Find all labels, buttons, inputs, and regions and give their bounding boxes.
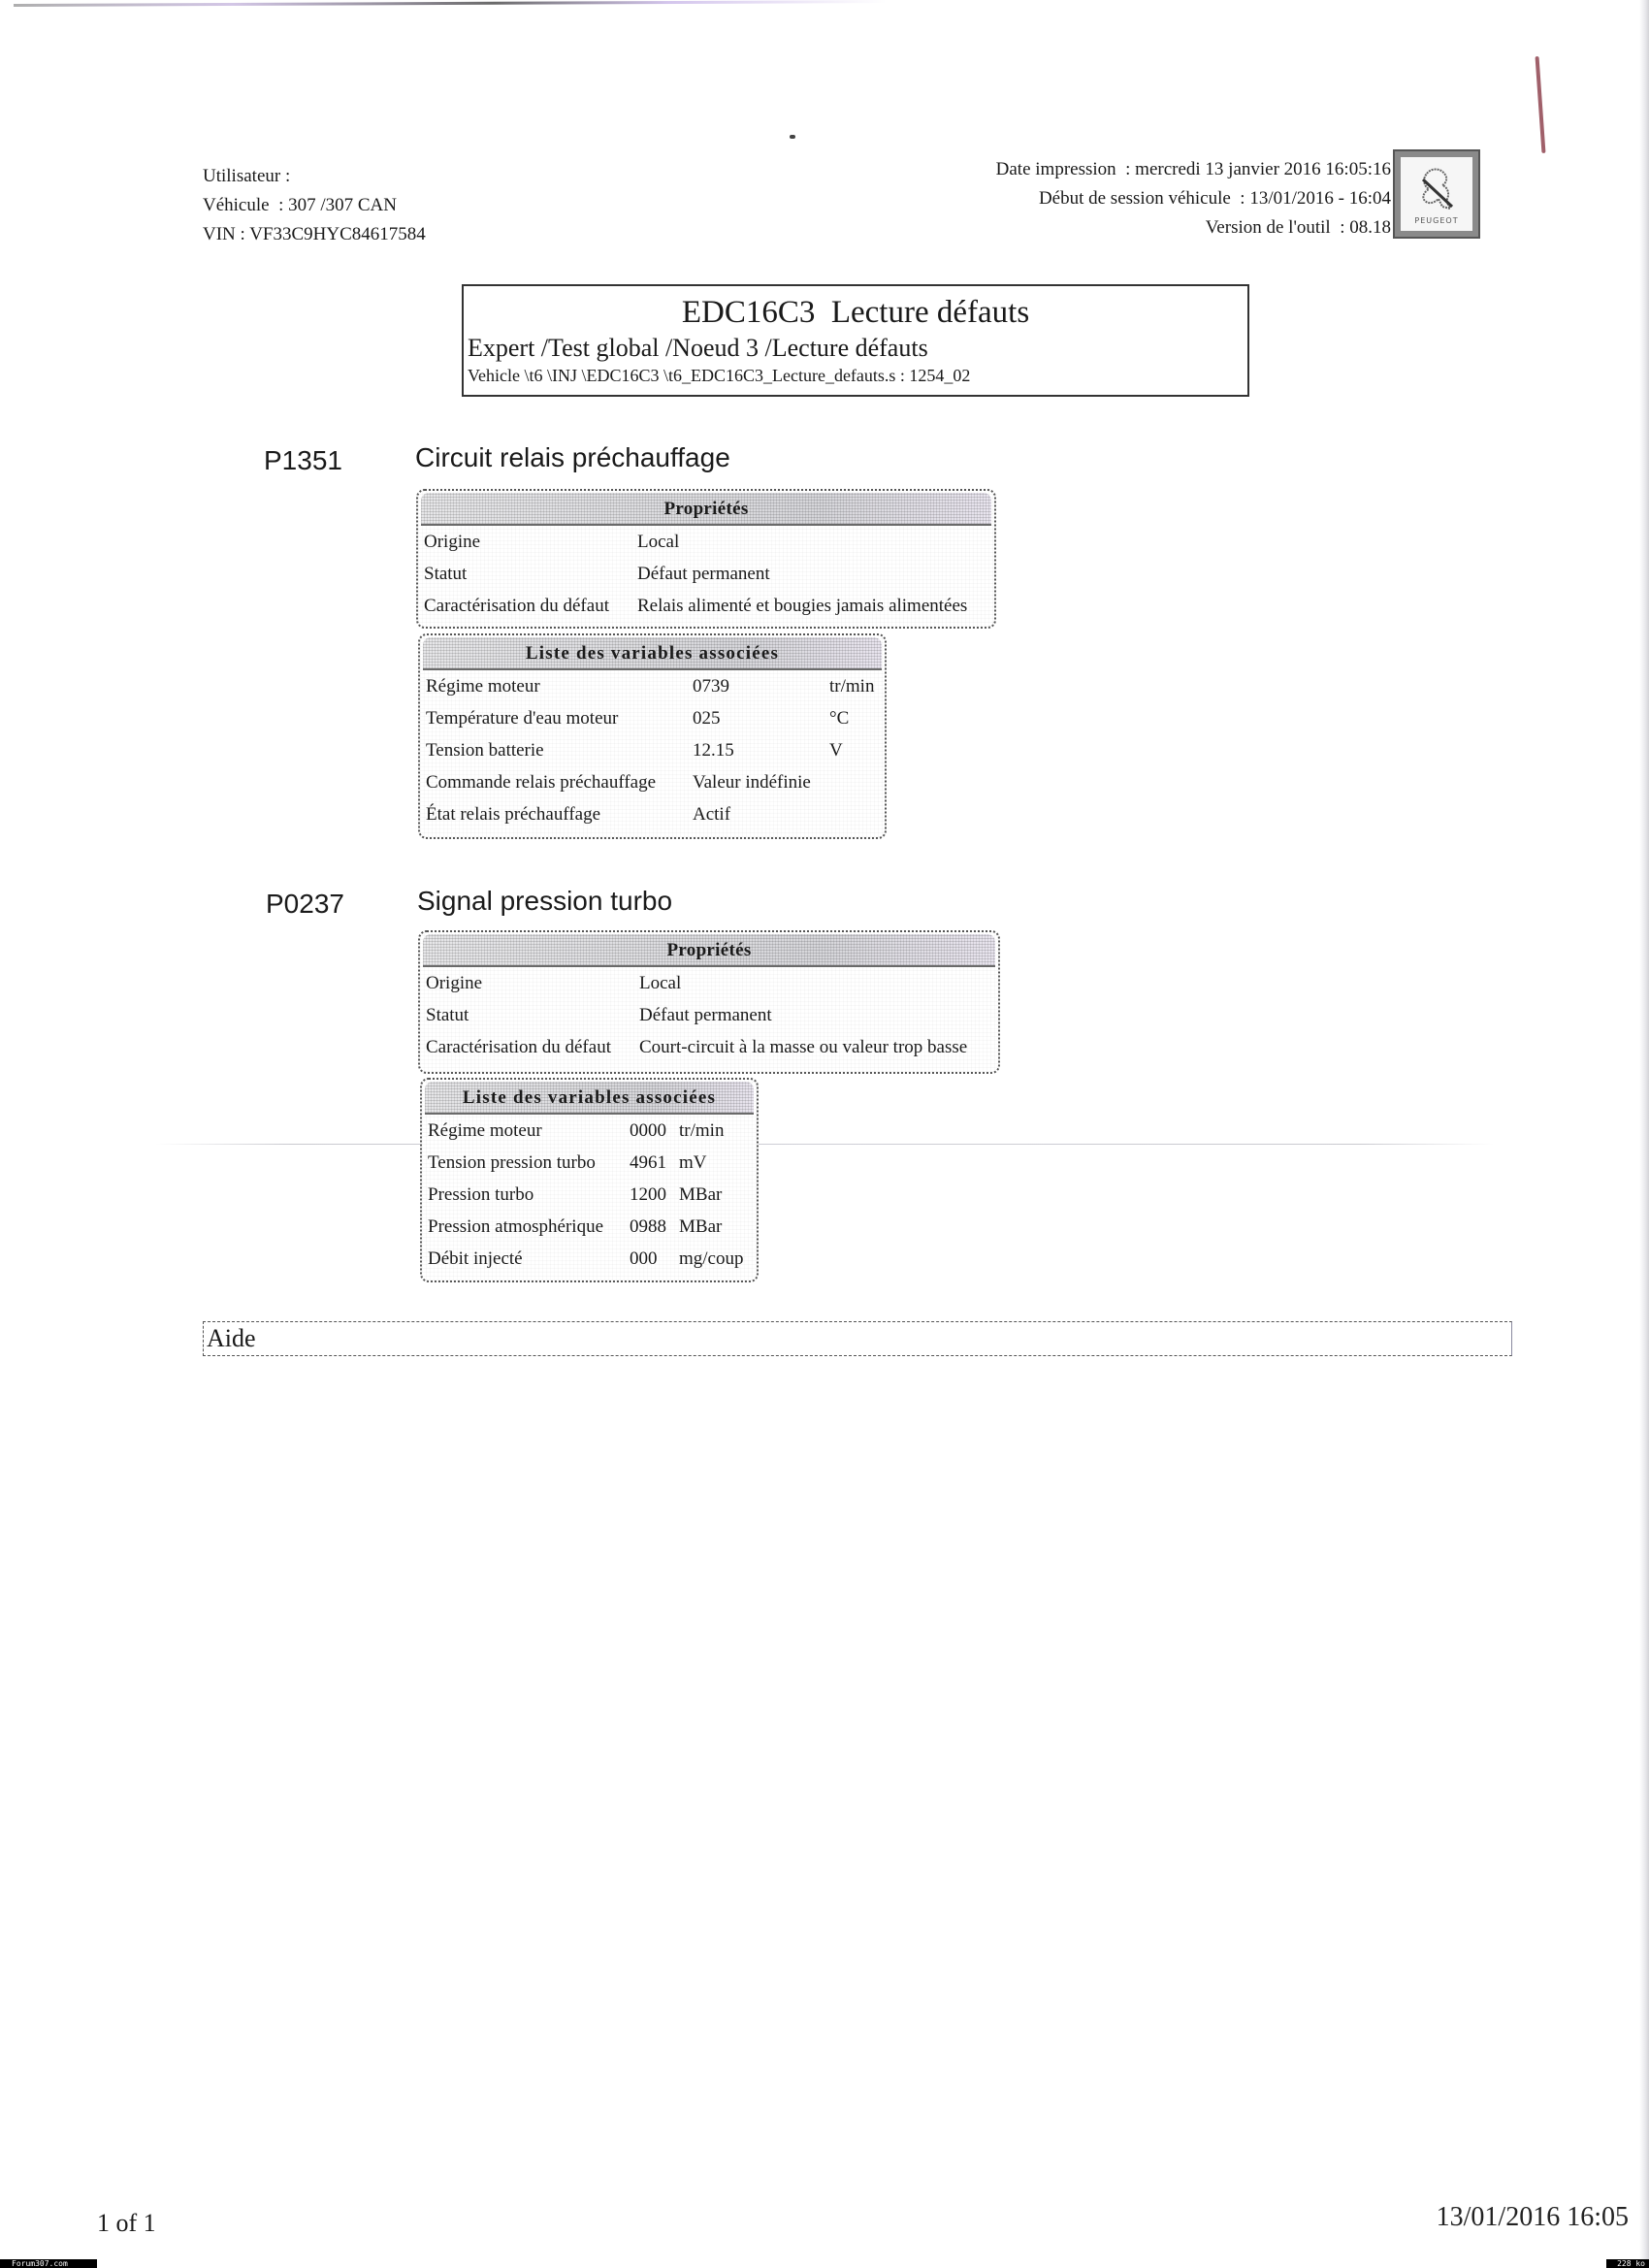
variable-value: 025 [693, 702, 721, 734]
variable-label: Pression atmosphérique [428, 1211, 603, 1243]
variable-row: Tension pression turbo 4961 mV [422, 1147, 757, 1179]
property-value: Local [637, 526, 679, 558]
property-label: Origine [424, 526, 480, 558]
variable-label: Débit injecté [428, 1243, 523, 1275]
property-value: Défaut permanent [639, 999, 772, 1031]
footer-date: 13/01/2016 16:05 [1437, 2202, 1629, 2233]
scan-artifact-top [14, 0, 887, 7]
property-row: Origine Local [418, 526, 994, 558]
pen-mark [1536, 56, 1546, 153]
variables-panel: Liste des variables associées Régime mot… [420, 1078, 759, 1282]
page-title: EDC16C3 Lecture défauts [468, 292, 1244, 333]
property-row: Origine Local [420, 967, 998, 999]
title-box: EDC16C3 Lecture défauts Expert /Test glo… [462, 284, 1249, 397]
variable-value: 12.15 [693, 734, 734, 766]
help-label: Aide [207, 1324, 256, 1352]
property-value: Local [639, 967, 681, 999]
breadcrumb: Expert /Test global /Noeud 3 /Lecture dé… [468, 333, 1244, 364]
watermark-filesize: 228 ko [1606, 2259, 1649, 2268]
page-number: 1 of 1 [97, 2209, 156, 2238]
header-session-info: Date impression : mercredi 13 janvier 20… [996, 155, 1391, 243]
variable-row: Régime moteur 0739 tr/min [420, 670, 885, 702]
vehicle-line: Véhicule : 307 /307 CAN [203, 191, 426, 220]
properties-panel: Propriétés Origine Local Statut Défaut p… [418, 930, 1000, 1074]
variables-panel: Liste des variables associées Régime mot… [418, 633, 887, 839]
fault-code: P0237 [266, 889, 344, 920]
variable-label: Tension pression turbo [428, 1147, 596, 1179]
session-start: Début de session véhicule : 13/01/2016 -… [996, 184, 1391, 213]
watermark-source: Forum307.com [0, 2259, 97, 2268]
property-label: Origine [426, 967, 482, 999]
variable-label: Pression turbo [428, 1179, 533, 1211]
logo-brand-text: PEUGEOT [1414, 216, 1458, 225]
fault-title: Circuit relais préchauffage [415, 442, 730, 473]
property-label: Statut [426, 999, 469, 1031]
variable-unit: MBar [679, 1179, 722, 1211]
variable-value: 4961 [630, 1147, 666, 1179]
variable-label: Régime moteur [428, 1115, 542, 1147]
variable-value: 0739 [693, 670, 729, 702]
property-label: Caractérisation du défaut [424, 590, 609, 622]
variable-value: 0000 [630, 1115, 666, 1147]
variable-label: Tension batterie [426, 734, 544, 766]
variable-row: Régime moteur 0000 tr/min [422, 1115, 757, 1147]
variable-unit: tr/min [829, 670, 874, 702]
variable-unit: mV [679, 1147, 707, 1179]
variable-value: 1200 [630, 1179, 666, 1211]
variable-row: Débit injecté 000 mg/coup [422, 1243, 757, 1275]
property-value: Défaut permanent [637, 558, 770, 590]
vin-line: VIN : VF33C9HYC84617584 [203, 220, 426, 249]
variable-unit: tr/min [679, 1115, 724, 1147]
paper-fold-line [155, 1144, 1494, 1145]
header-vehicle-info: Utilisateur : Véhicule : 307 /307 CAN VI… [203, 162, 426, 249]
script-path: Vehicle \t6 \INJ \EDC16C3 \t6_EDC16C3_Le… [468, 364, 1244, 387]
properties-panel: Propriétés Origine Local Statut Défaut p… [416, 489, 996, 629]
variable-label: Régime moteur [426, 670, 540, 702]
variable-row: Tension batterie 12.15 V [420, 734, 885, 766]
fault-title: Signal pression turbo [417, 886, 672, 917]
variable-row: État relais préchauffage Actif [420, 798, 885, 830]
properties-header: Propriétés [423, 934, 995, 967]
properties-header: Propriétés [421, 493, 991, 526]
property-row: Statut Défaut permanent [420, 999, 998, 1031]
property-row: Caractérisation du défaut Relais aliment… [418, 590, 994, 622]
variable-row: Commande relais préchauffage Valeur indé… [420, 766, 885, 798]
property-value: Court-circuit à la masse ou valeur trop … [639, 1031, 967, 1063]
print-date: Date impression : mercredi 13 janvier 20… [996, 155, 1391, 184]
variable-unit: V [829, 734, 843, 766]
peugeot-logo: PEUGEOT [1395, 151, 1478, 237]
property-row: Statut Défaut permanent [418, 558, 994, 590]
tool-version: Version de l'outil : 08.18 [996, 213, 1391, 243]
variable-value: 0988 [630, 1211, 666, 1243]
variable-row: Pression atmosphérique 0988 MBar [422, 1211, 757, 1243]
property-row: Caractérisation du défaut Court-circuit … [420, 1031, 998, 1063]
variables-header: Liste des variables associées [423, 637, 882, 670]
variable-value: 000 [630, 1243, 658, 1275]
variable-row: Température d'eau moteur 025 °C [420, 702, 885, 734]
variable-label: Température d'eau moteur [426, 702, 618, 734]
variable-unit: °C [829, 702, 849, 734]
variable-label: État relais préchauffage [426, 798, 600, 830]
user-label: Utilisateur : [203, 162, 426, 191]
variable-row: Pression turbo 1200 MBar [422, 1179, 757, 1211]
variable-value: Actif [693, 798, 730, 830]
scan-artifact-edge [1639, 0, 1649, 2268]
lion-icon [1413, 164, 1460, 214]
scan-dot [790, 135, 795, 139]
variable-label: Commande relais préchauffage [426, 766, 656, 798]
variable-value: Valeur indéfinie [693, 766, 811, 798]
property-value: Relais alimenté et bougies jamais alimen… [637, 590, 967, 622]
help-box: Aide [203, 1321, 1512, 1356]
fault-code: P1351 [264, 445, 342, 476]
property-label: Statut [424, 558, 467, 590]
variable-unit: MBar [679, 1211, 722, 1243]
variables-header: Liste des variables associées [425, 1082, 754, 1115]
variable-unit: mg/coup [679, 1243, 744, 1275]
property-label: Caractérisation du défaut [426, 1031, 611, 1063]
